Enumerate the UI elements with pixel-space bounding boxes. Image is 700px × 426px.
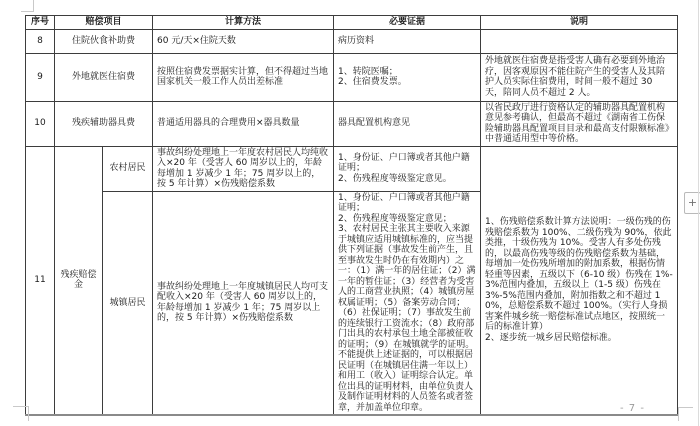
page-right-edge [698, 0, 699, 426]
header-row: 序号 赔偿项目 计算方法 必要证据 说明 [26, 16, 678, 30]
column-header-evidence: 必要证据 [334, 16, 481, 30]
column-header-note: 说明 [481, 16, 678, 30]
row-method: 60 元/天×住院天数 [153, 29, 334, 53]
table-row: 8 住院伙食补助费 60 元/天×住院天数 病历资料 [26, 29, 678, 53]
row-item: 住院伙食补助费 [55, 29, 153, 53]
row-item: 残疾赔偿金 [55, 146, 103, 415]
column-header-item: 赔偿项目 [55, 16, 153, 30]
document-page: 序号 赔偿项目 计算方法 必要证据 说明 8 住院伙食补助费 60 元/天×住院… [0, 0, 700, 426]
compensation-table: 序号 赔偿项目 计算方法 必要证据 说明 8 住院伙食补助费 60 元/天×住院… [25, 15, 678, 416]
row-evidence: 病历资料 [334, 29, 481, 53]
row-note: 外地就医住宿费是指受害人确有必要到外地治疗，因客观原因不能住院产生的受害人及其陪… [481, 53, 678, 101]
subrow-evidence-urban: 1、身份证、户口簿或者其他户籍证明； 2、伤残程度等级鉴定意见； 3、农村居民主… [334, 191, 481, 415]
row-no: 11 [26, 146, 55, 415]
row-note: 1、伤残赔偿系数计算方法说明：一级伤残的伤残赔偿系数为 100%、二级伤残为 9… [481, 146, 678, 415]
row-note [481, 29, 678, 53]
table-row: 10 残疾辅助器具费 普通适用器具的合理费用×器具数量 器具配置机构意见 以省民… [26, 101, 678, 146]
row-no: 9 [26, 53, 55, 101]
row-no: 8 [26, 29, 55, 53]
text-boundary-mark-top-left [21, 0, 34, 12]
table-row: 9 外地就医住宿费 按照住宿费发票据实计算，但不得超过当地国家机关一般工作人员出… [26, 53, 678, 101]
row-method: 按照住宿费发票据实计算，但不得超过当地国家机关一般工作人员出差标准 [153, 53, 334, 101]
table-row-rural: 11 残疾赔偿金 农村居民 事故纠纷处理地上一年度农村居民人均纯收入×20 年（… [26, 146, 678, 191]
row-evidence: 1、转院医嘱； 2、住宿费发票。 [334, 53, 481, 101]
row-item: 残疾辅助器具费 [55, 101, 153, 146]
subrow-method-rural: 事故纠纷处理地上一年度农村居民人均纯收入×20 年（受害人 60 周岁以上的，年… [153, 146, 334, 191]
column-header-no: 序号 [26, 16, 55, 30]
row-evidence: 器具配置机构意见 [334, 101, 481, 146]
row-item: 外地就医住宿费 [55, 53, 153, 101]
row-method: 普通适用器具的合理费用×器具数量 [153, 101, 334, 146]
subrow-method-urban: 事故纠纷处理地上一年度城镇居民人均可支配收入×20 年（受害人 60 周岁以上的… [153, 191, 334, 415]
row-no: 10 [26, 101, 55, 146]
subrow-evidence-rural: 1、身份证、户口簿或者其他户籍证明； 2、伤残程度等级鉴定意见。 [334, 146, 481, 191]
column-header-method: 计算方法 [153, 16, 334, 30]
page-number: - 7 - [620, 403, 690, 414]
row-note: 以省民政厅进行资格认定的辅助器具配置机构意见参考确认，但最高不超过《湖南省工伤保… [481, 101, 678, 146]
subrow-label-rural: 农村居民 [103, 146, 153, 191]
subrow-label-urban: 城镇居民 [103, 191, 153, 415]
